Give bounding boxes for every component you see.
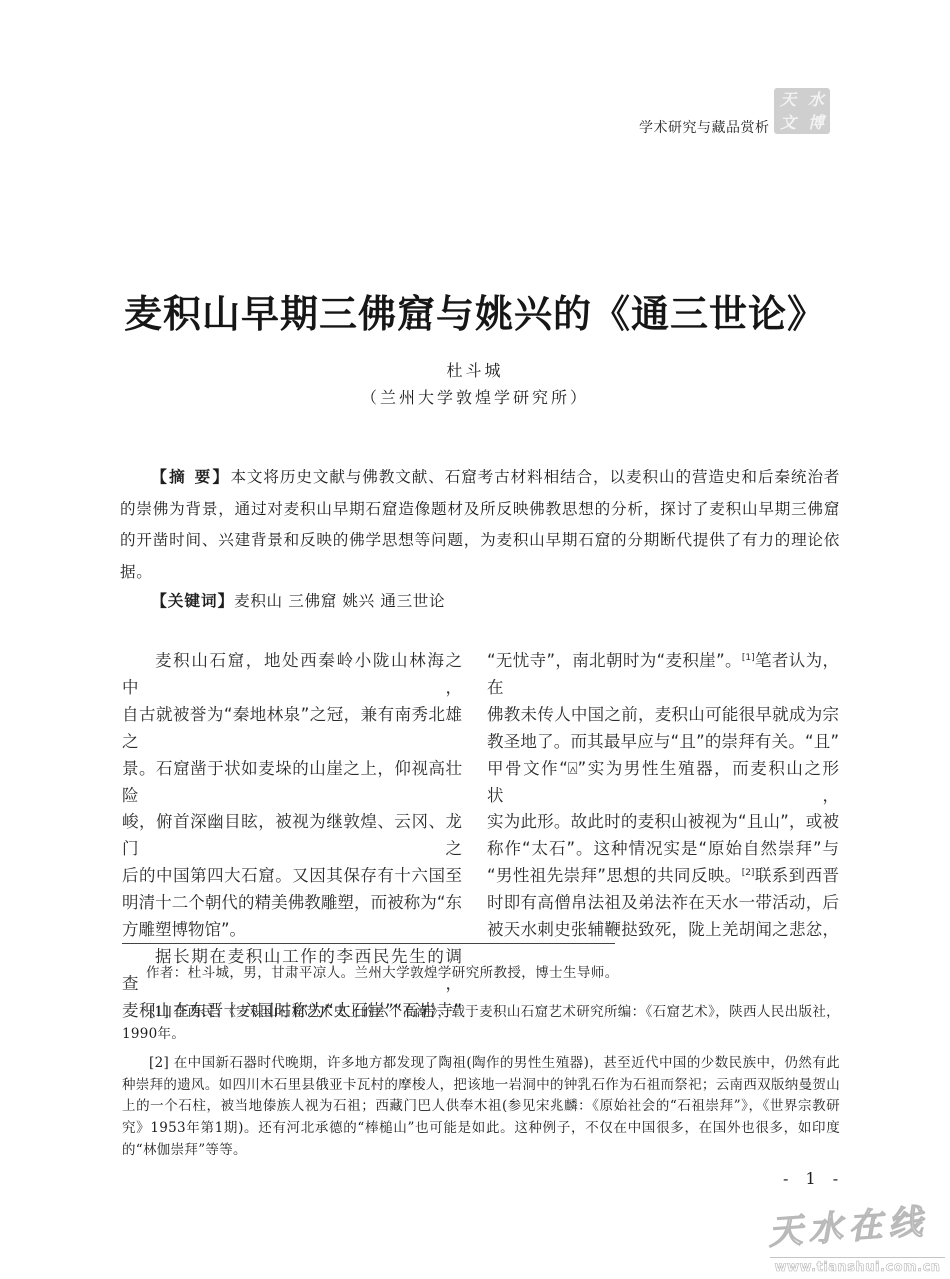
keywords-label: 【关键词】 <box>151 592 234 610</box>
watermark-url: www.tianshui.com.cn <box>770 1257 945 1275</box>
page-number: - 1 - <box>783 1169 844 1188</box>
watermark-text: 天水在线 <box>767 1193 945 1254</box>
body-text: “无忧寺”，南北朝时为“麦积崖”。 <box>487 651 742 670</box>
site-watermark: 天水在线 www.tianshui.com.cn <box>770 1205 945 1275</box>
body-text: “男性祖先崇拜”思想的共同反映。 <box>487 866 742 885</box>
footnote-ref-1[interactable]: [1] <box>742 653 755 663</box>
footnote-1: [1] 李西民：《麦积山石窟艺术史上的六个高潮》，载于麦积山石窟艺术研究所编：《… <box>122 1002 840 1045</box>
abstract: 【摘 要】本文将历史文献与佛教文献、石窟考古材料相结合，以麦积山的营造史和后秦统… <box>120 462 840 588</box>
keywords-text: 麦积山 三佛窟 姚兴 通三世论 <box>234 592 445 610</box>
abstract-label: 【摘 要】 <box>151 468 230 486</box>
body-line: 明清十二个朝代的精美佛教雕塑，而被称为“东 <box>122 890 462 917</box>
body-line: 麦积山石窟，地处西秦岭小陇山林海之中， <box>122 648 462 702</box>
footnote-ref-2[interactable]: [2] <box>742 868 755 878</box>
footnotes: [1] 李西民：《麦积山石窟艺术史上的六个高潮》，载于麦积山石窟艺术研究所编：《… <box>122 1002 840 1169</box>
body-column-right: “无忧寺”，南北朝时为“麦积崖”。[1]笔者认为，在 佛教未传人中国之前，麦积山… <box>487 648 839 944</box>
running-head: 学术研究与藏品赏析 <box>639 117 770 137</box>
body-line: 教圣地了。而其最早应与“且”的崇拜有关。“且” <box>487 729 839 756</box>
logo-char: 水 <box>808 92 824 108</box>
body-text: 联系到西晋 <box>754 866 839 885</box>
body-line: 自古就被誉为“秦地林泉”之冠，兼有南秀北雄之 <box>122 702 462 756</box>
body-line: 峻，俯首深幽目眩，被视为继敦煌、云冈、龙门之 <box>122 809 462 863</box>
body-line: “男性祖先崇拜”思想的共同反映。[2]联系到西晋 <box>487 863 839 890</box>
body-line: 后的中国第四大石窟。又因其保存有十六国至 <box>122 863 462 890</box>
body-line: 称作“太石”。这种情况实是“原始自然崇拜”与 <box>487 836 839 863</box>
author-name: 杜斗城 <box>0 358 950 381</box>
keywords: 【关键词】麦积山 三佛窟 姚兴 通三世论 <box>120 589 840 611</box>
logo-char: 博 <box>808 115 824 131</box>
body-line: 佛教未传人中国之前，麦积山可能很早就成为宗 <box>487 702 839 729</box>
body-line: “无忧寺”，南北朝时为“麦积崖”。[1]笔者认为，在 <box>487 648 839 702</box>
body-line: 甲骨文作“⍓”实为男性生殖器，而麦积山之形状， <box>487 756 839 810</box>
body-line: 实为此形。故此时的麦积山被视为“且山”，或被 <box>487 809 839 836</box>
body-line: 景。石窟凿于状如麦垛的山崖之上，仰视高壮险 <box>122 756 462 810</box>
body-line: 方雕塑博物馆”。 <box>122 917 462 944</box>
body-line: 被天水刺史张辅鞭挞致死，陇上羌胡闻之悲忿， <box>487 917 839 944</box>
logo-char: 天 <box>780 92 796 108</box>
article-title: 麦积山早期三佛窟与姚兴的《通三世论》 <box>0 283 950 338</box>
author-affiliation: （兰州大学敦煌学研究所） <box>0 385 950 408</box>
author-note: 作者：杜斗城，男，甘肃平凉人。兰州大学敦煌学研究所教授，博士生导师。 <box>146 961 619 981</box>
body-line: 时即有高僧帛法祖及弟法祚在天水一带活动，后 <box>487 890 839 917</box>
footnote-divider <box>122 943 615 944</box>
logo-char: 文 <box>780 115 796 131</box>
journal-logo: 天 水 文 博 <box>774 88 830 134</box>
footnote-2: [2] 在中国新石器时代晚期，许多地方都发现了陶祖(陶作的男性生殖器)，甚至近代… <box>122 1053 840 1161</box>
